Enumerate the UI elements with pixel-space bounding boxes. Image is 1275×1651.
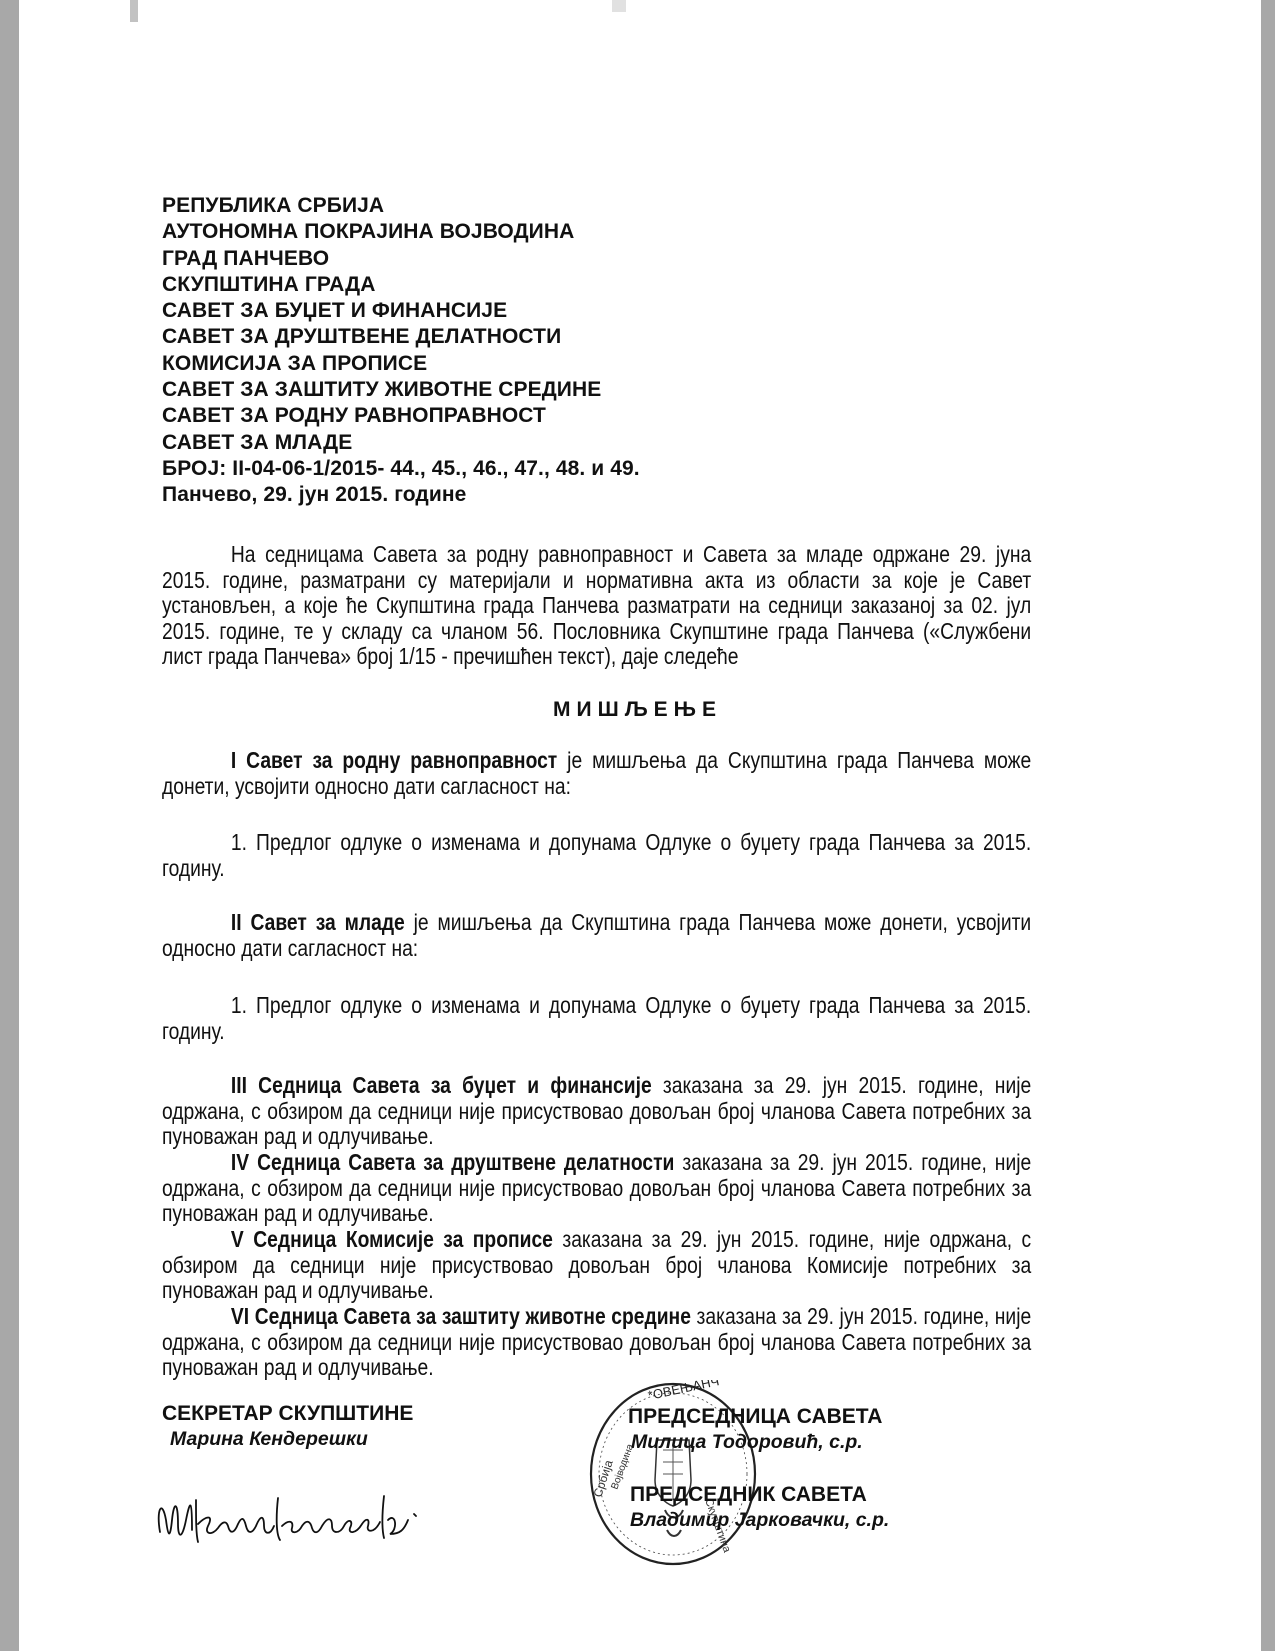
list-item: 1. Предлог одлуке о изменама и допунама … <box>162 829 1031 881</box>
section-numeral: VI <box>231 1303 249 1329</box>
signatory-name: Марина Кендерешки <box>170 1428 413 1451</box>
scan-border-left <box>0 0 19 1651</box>
section-numeral: I <box>231 747 236 773</box>
section-heading: Седница Савета за друштвене делатности <box>257 1149 674 1175</box>
section-numeral: V <box>231 1226 244 1252</box>
section-2-item: 1. Предлог одлуке о изменама и допунама … <box>162 993 1031 1044</box>
list-item: 1. Предлог одлуке о изменама и допунама … <box>162 992 1031 1044</box>
header-city: ГРАД ПАНЧЕВО <box>162 246 640 272</box>
section-numeral: III <box>231 1072 247 1098</box>
signatory-name: Милица Тодоровић, с.р. <box>631 1431 882 1454</box>
header-province: АУТОНОМНА ПОКРАЈИНА ВОЈВОДИНА <box>162 219 640 245</box>
section-4: IV Седница Савета за друштвене делатност… <box>162 1150 1031 1227</box>
signature-block-secretary: СЕКРЕТАР СКУПШТИНЕ Марина Кендерешки <box>162 1402 413 1451</box>
svg-text:*ОВЕЊАНЧ: *ОВЕЊАНЧ <box>647 1380 721 1403</box>
header-council-budget: САВЕТ ЗА БУЏЕТ И ФИНАНСИЈЕ <box>162 298 640 324</box>
header-council-youth: САВЕТ ЗА МЛАДЕ <box>162 430 640 456</box>
section-numeral: II <box>231 909 242 935</box>
signatory-name: Владимир Јарковачки, с.р. <box>630 1509 889 1532</box>
document-title: МИШЉЕЊЕ <box>0 698 1275 722</box>
section-heading: Седница Савета за буџет и финансије <box>258 1072 651 1098</box>
signature-block-president-m: ПРЕДСЕДНИК САВЕТА Владимир Јарковачки, с… <box>630 1483 889 1532</box>
scan-border-right <box>1261 0 1275 1651</box>
signatory-role: ПРЕДСЕДНИК САВЕТА <box>630 1483 889 1507</box>
header-council-social: САВЕТ ЗА ДРУШТВЕНЕ ДЕЛАТНОСТИ <box>162 324 640 350</box>
scan-speck <box>130 0 138 22</box>
section-5: V Седница Комисије за прописе заказана з… <box>162 1227 1031 1304</box>
document-number: БРОЈ: II-04-06-1/2015- 44., 45., 46., 47… <box>162 456 640 482</box>
section-3: III Седница Савета за буџет и финансије … <box>162 1073 1031 1150</box>
section-1-item: 1. Предлог одлуке о изменама и допунама … <box>162 830 1031 881</box>
section-2: II Савет за младе је мишљења да Скупштин… <box>162 910 1031 961</box>
section-heading: Савет за младе <box>250 909 404 935</box>
document-date: Панчево, 29. јун 2015. године <box>162 482 640 508</box>
section-1: I Савет за родну равноправност је мишљењ… <box>162 748 1031 799</box>
signature-block-president-f: ПРЕДСЕДНИЦА САВЕТА Милица Тодоровић, с.р… <box>628 1405 882 1454</box>
section-heading: Седница Савета за заштиту животне средин… <box>255 1303 691 1329</box>
intro-paragraph: На седницама Савета за родну равноправно… <box>162 542 1031 670</box>
handwritten-signature-icon <box>152 1490 442 1550</box>
section-6: VI Седница Савета за заштиту животне сре… <box>162 1304 1031 1381</box>
header-assembly: СКУПШТИНА ГРАДА <box>162 272 640 298</box>
header-council-gender: САВЕТ ЗА РОДНУ РАВНОПРАВНОСТ <box>162 403 640 429</box>
intro-text: На седницама Савета за родну равноправно… <box>162 541 1031 669</box>
header-commission-regulations: КОМИСИЈА ЗА ПРОПИСЕ <box>162 351 640 377</box>
header-country: РЕПУБЛИКА СРБИЈА <box>162 193 640 219</box>
scan-speck <box>612 0 626 12</box>
signatory-role: ПРЕДСЕДНИЦА САВЕТА <box>628 1405 882 1429</box>
section-numeral: IV <box>231 1149 249 1175</box>
letterhead: РЕПУБЛИКА СРБИЈА АУТОНОМНА ПОКРАЈИНА ВОЈ… <box>162 193 640 509</box>
section-heading: Савет за родну равноправност <box>246 747 557 773</box>
section-heading: Седница Комисије за прописе <box>253 1226 553 1252</box>
header-council-environment: САВЕТ ЗА ЗАШТИТУ ЖИВОТНЕ СРЕДИНЕ <box>162 377 640 403</box>
signatory-role: СЕКРЕТАР СКУПШТИНЕ <box>162 1402 413 1426</box>
